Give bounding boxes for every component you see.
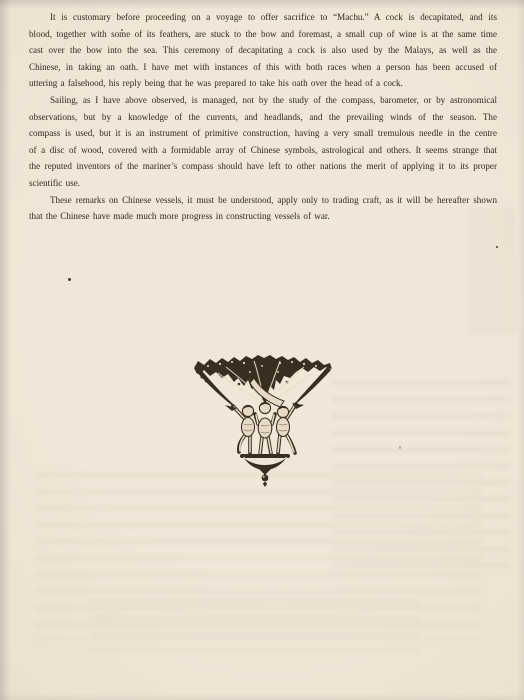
text-line: Sailing, as I have above observed, is ma… <box>29 92 497 109</box>
body-text: It is customary before proceeding on a v… <box>29 9 497 225</box>
page-showthrough <box>468 208 516 334</box>
paper-fleck <box>121 29 123 31</box>
page-showthrough <box>36 472 482 640</box>
text-line: It is customary before proceeding on a v… <box>29 9 497 26</box>
text-line: uttering a falsehood, his reply being th… <box>29 75 497 92</box>
text-line: cast over the bow into the sea. This cer… <box>29 42 497 59</box>
paragraph: It is customary before proceeding on a v… <box>29 9 497 92</box>
text-line: of a disc of wood, covered with a formid… <box>29 142 497 159</box>
text-line: These remarks on Chinese vessels, it mus… <box>29 192 497 209</box>
text-line: that the Chinese have made much more pro… <box>29 208 497 225</box>
text-line: the reputed inventors of the mariner’s c… <box>29 158 497 175</box>
text-line: scientific use. <box>29 175 497 192</box>
page-showthrough <box>332 380 510 568</box>
paper-fleck <box>68 278 71 281</box>
paragraph: These remarks on Chinese vessels, it mus… <box>29 192 497 225</box>
text-line: compass is used, but it is an instrument… <box>29 125 497 142</box>
text-line: Chinese, in taking an oath. I have met w… <box>29 59 497 76</box>
paper-fleck <box>496 246 498 248</box>
text-line: observations, but by a knowledge of the … <box>29 109 497 126</box>
page-showthrough <box>90 598 420 652</box>
tailpiece-engraving-icon <box>192 354 332 487</box>
paper-fleck <box>399 446 401 449</box>
text-line: blood, together with some of its feather… <box>29 26 497 43</box>
paragraph: Sailing, as I have above observed, is ma… <box>29 92 497 192</box>
scanned-book-page: It is customary before proceeding on a v… <box>0 0 524 700</box>
